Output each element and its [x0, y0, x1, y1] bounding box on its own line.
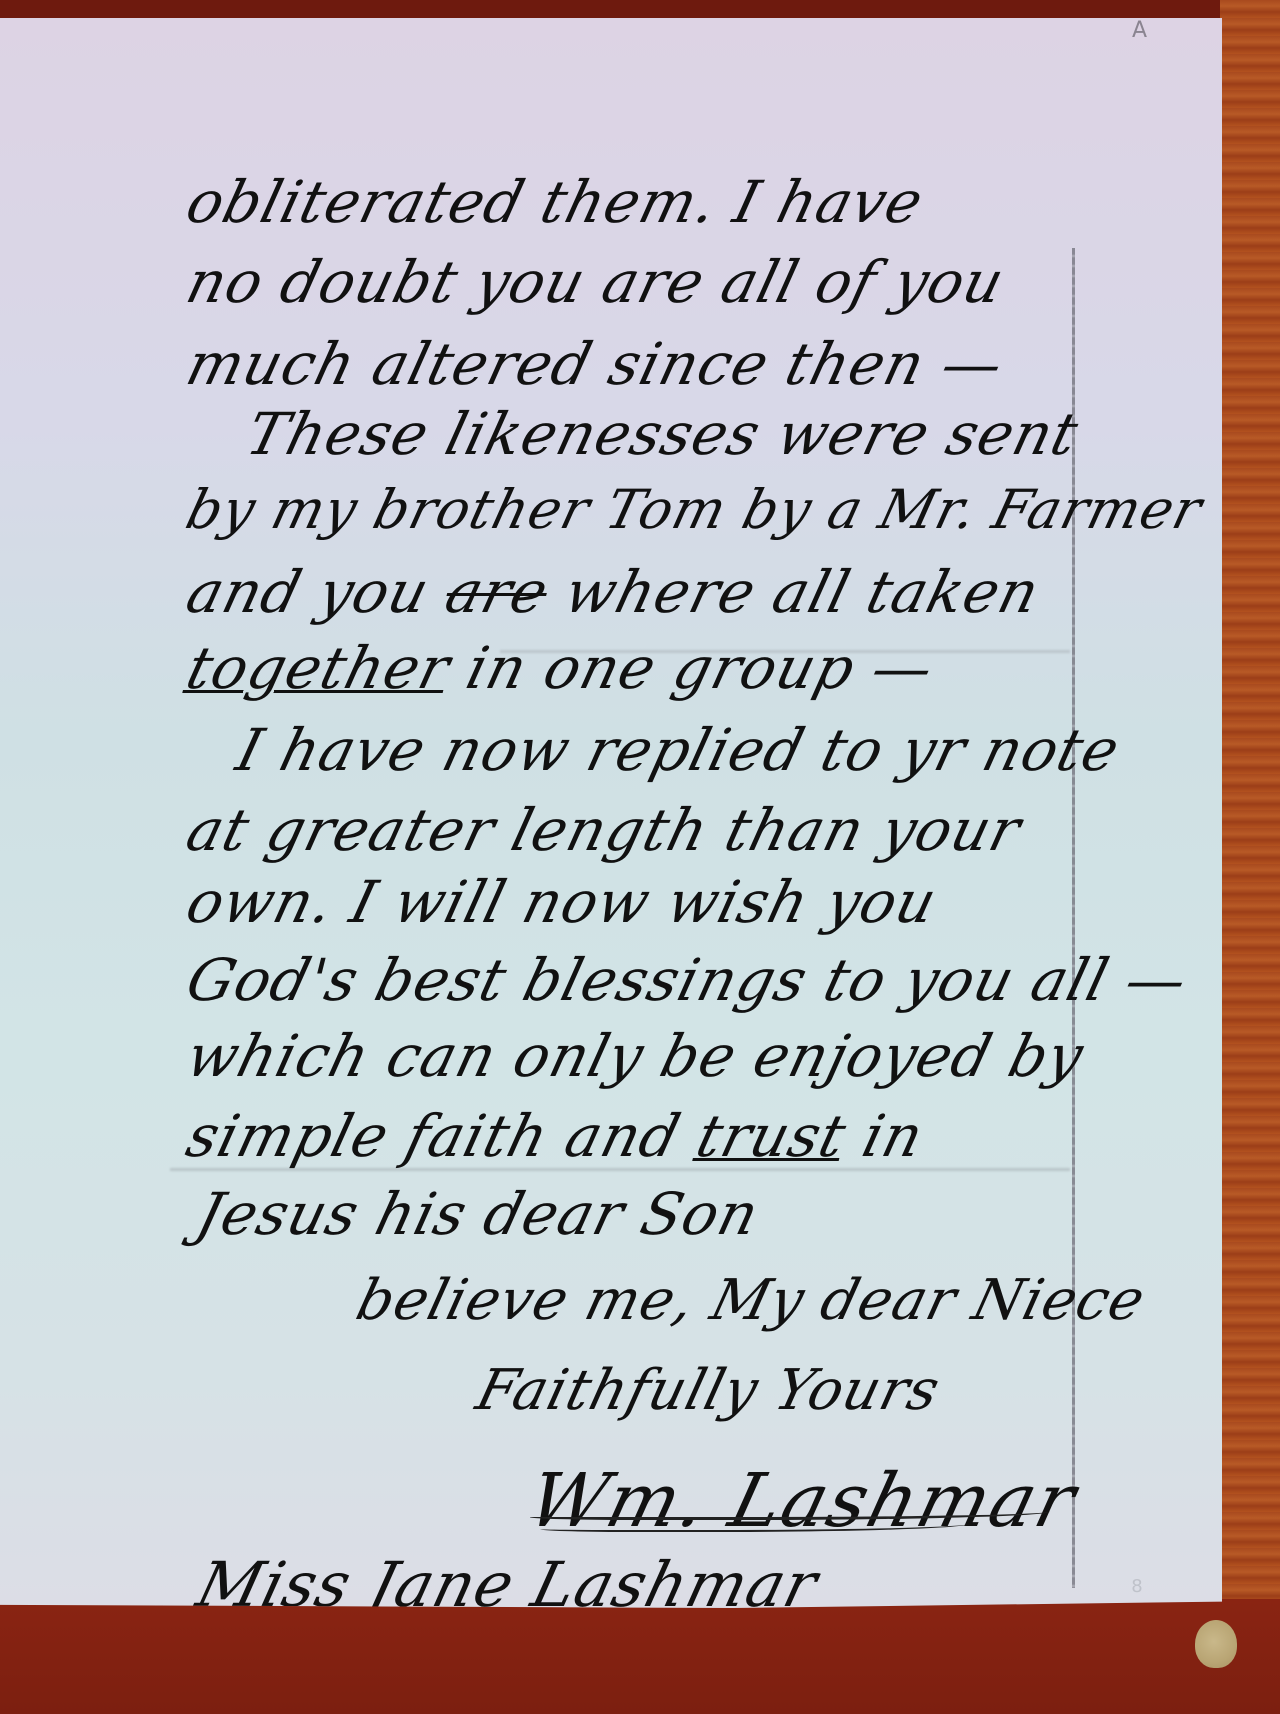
- closing-valediction: Faithfully Yours: [470, 1358, 947, 1423]
- underlined-word: trust: [690, 1102, 853, 1170]
- letter-line: own. I will now wish you: [180, 868, 944, 936]
- struck-word: are: [439, 558, 556, 626]
- letter-line: Jesus his dear Son: [190, 1180, 766, 1248]
- letter-line: no doubt you are all of you: [180, 248, 1011, 316]
- table-surface-right: [1220, 0, 1280, 1714]
- line-text: simple faith and: [180, 1102, 707, 1170]
- paper-stain: [1195, 1620, 1237, 1668]
- letter-line: God's best blessings to you all —: [180, 946, 1194, 1014]
- letter-line: by my brother Tom by a Mr. Farmer: [180, 478, 1209, 541]
- letter-line: together in one group —: [180, 634, 941, 702]
- letter-line: which can only be enjoyed by: [180, 1022, 1091, 1090]
- line-text: and you: [180, 558, 456, 626]
- letter-line: These likenesses were sent: [240, 400, 1085, 468]
- closing-salutation: believe me, My dear Niece: [350, 1268, 1152, 1333]
- letter-line: obliterated them. I have: [180, 168, 930, 236]
- letter-line: at greater length than your: [180, 796, 1028, 864]
- line-text: where all taken: [539, 558, 1047, 626]
- line-text: in: [836, 1102, 930, 1170]
- corner-pencil-mark: A: [1132, 18, 1172, 44]
- underlined-word: together: [180, 634, 457, 702]
- line-text: in one group —: [440, 634, 940, 702]
- letter-line: and you are where all taken: [180, 558, 1047, 626]
- letter-line: I have now replied to yr note: [230, 716, 1127, 784]
- letter-page: A 8 obliterated them. I have no doubt yo…: [0, 18, 1222, 1608]
- table-surface-top: [0, 0, 1280, 20]
- letter-line: much altered since then —: [180, 330, 1011, 398]
- table-surface-bottom: [0, 1599, 1280, 1714]
- letter-line: simple faith and trust in: [180, 1102, 931, 1170]
